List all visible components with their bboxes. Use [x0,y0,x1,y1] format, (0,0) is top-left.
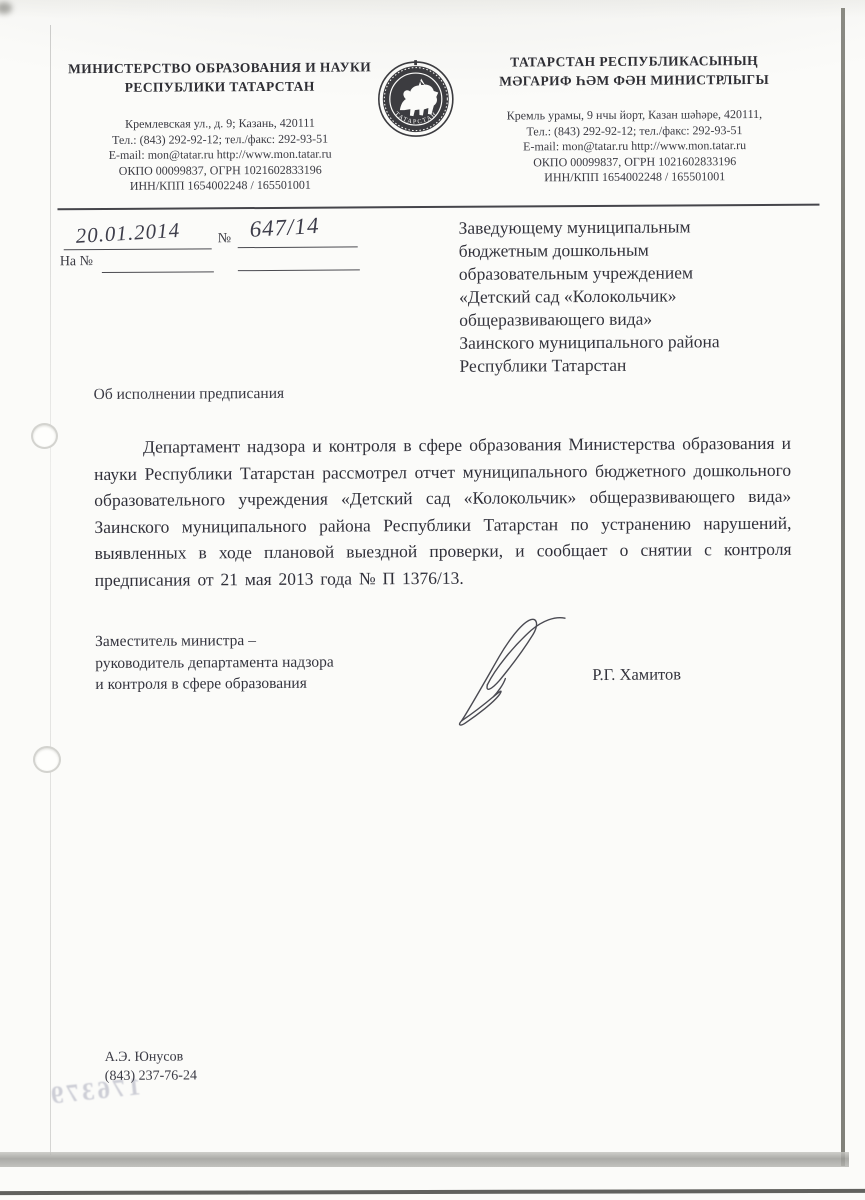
org-name-ru-line1: МИНИСТЕРСТВО ОБРАЗОВАНИЯ И НАУКИ [55,57,385,78]
addressee-line: бюджетным дошкольным [459,238,809,263]
letterhead-tatar: ТАТАРСТАН РЕСПУБЛИКАСЫНЫҢ МӘГАРИФ ҺӘМ ФӘ… [452,51,818,187]
subject-line: Об исполнении предписания [94,385,285,404]
handwritten-outgoing-number: 647/14 [249,213,320,243]
org-inn-tt: ИНН/КПП 1654002248 / 165501001 [452,169,817,187]
signatory-title-line: руководитель департамента надзора [95,651,334,674]
letterhead-divider-rule [57,204,819,211]
number-underline [238,246,358,248]
reply-to-label: На № [60,254,93,270]
letter-body: Департамент надзора и контроля в сфере о… [94,430,792,593]
signatory-title-line: и контроля в сфере образования [95,673,334,696]
org-inn-ru: ИНН/КПП 1654002248 / 165501001 [55,177,385,195]
executor-name: А.Э. Юнусов [105,1047,197,1067]
addressee-line: Заинского муниципального района [459,330,809,355]
addressee-line: общеразвивающего вида» [459,307,809,332]
executor-contact-block: А.Э. Юнусов (843) 237-76-24 [105,1047,197,1086]
addressee-line: Заведующему муниципальным [459,215,809,240]
letter-content: МИНИСТЕРСТВО ОБРАЗОВАНИЯ И НАУКИ РЕСПУБЛ… [0,0,865,1200]
org-address-tt: Кремль урамы, 9 нчы йорт, Казан шәһәре, … [452,107,817,125]
executor-phone: (843) 237-76-24 [105,1066,197,1086]
tatarstan-coat-of-arms-seal: ТАТАРСТАН [376,58,456,138]
addressee-line: Республики Татарстан [459,353,809,378]
addressee-block: Заведующему муниципальным бюджетным дошк… [459,215,810,378]
handwritten-signature [447,612,583,733]
org-name-tt-line2: МӘГАРИФ ҺӘМ ФӘН МИНИСТРЛЫГЫ [452,70,817,91]
reply-underline-2 [238,269,360,271]
seal-graphic: ТАТАРСТАН [376,58,456,138]
number-sign-label: № [218,231,231,247]
signatory-title: Заместитель министра – руководитель депа… [95,630,334,696]
reply-underline-1 [102,271,214,273]
scanned-letter-page: 176379 МИНИСТЕРСТВО ОБРАЗОВАНИЯ И НАУКИ … [0,0,865,1200]
handwritten-date: 20.01.2014 [75,218,181,249]
org-contacts-ru: Кремлевская ул., д. 9; Казань, 420111 Те… [55,115,385,195]
org-contacts-tt: Кремль урамы, 9 нчы йорт, Казан шәһәре, … [452,107,817,187]
date-underline [64,248,212,250]
letterhead-russian: МИНИСТЕРСТВО ОБРАЗОВАНИЯ И НАУКИ РЕСПУБЛ… [55,57,386,195]
addressee-line: образовательным учреждением [459,261,809,286]
org-name-ru-line2: РЕСПУБЛИКИ ТАТАРСТАН [55,76,385,97]
signatory-name: Р.Г. Хамитов [592,664,681,685]
signature-stroke [447,612,583,728]
signatory-title-line: Заместитель министра – [95,630,334,653]
org-name-tt-line1: ТАТАРСТАН РЕСПУБЛИКАСЫНЫҢ [452,51,817,72]
addressee-line: «Детский сад «Колокольчик» [459,284,809,309]
